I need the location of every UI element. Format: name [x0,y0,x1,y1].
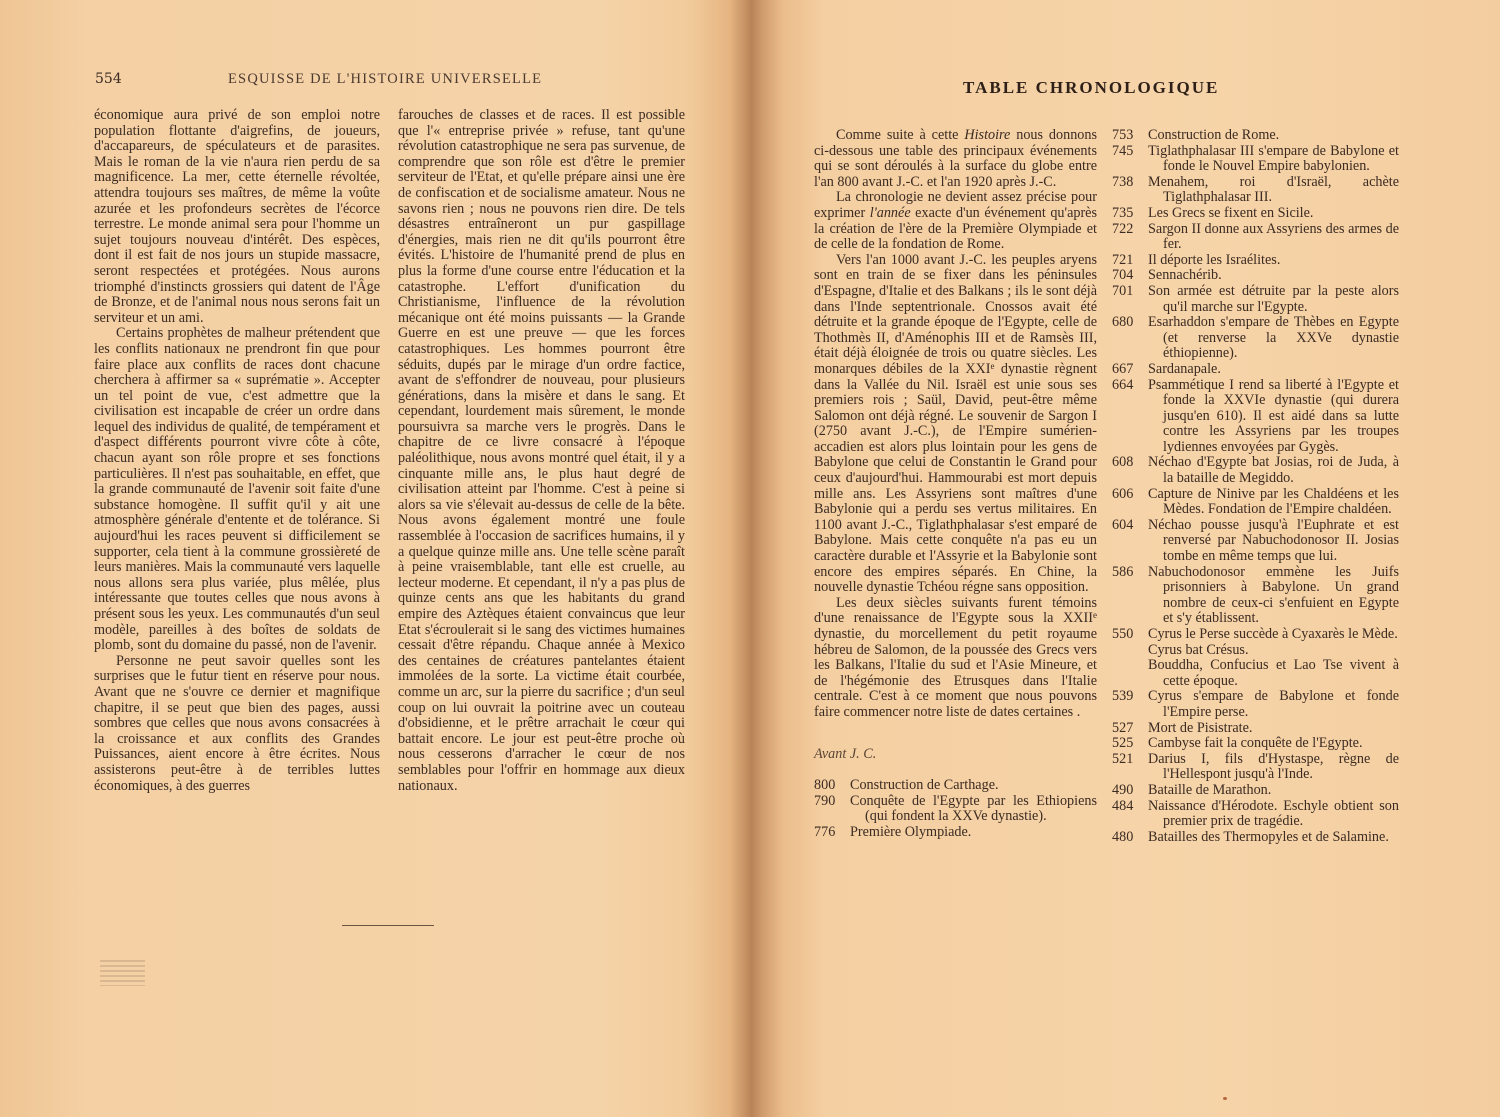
entry-event: Naissance d'Hérodote. Eschyle obtient so… [1148,799,1399,830]
running-head: ESQUISSE DE L'HISTOIRE UNIVERSELLE [228,71,542,88]
entry-year: 722 [1112,222,1148,253]
chronology-list: 800Construction de Carthage.790Conquête … [814,778,1097,840]
faint-stamp-mark [100,960,145,986]
chronology-entry: 480Batailles des Thermopyles et de Salam… [1112,830,1399,846]
text: Vers l'an 1000 avant J.-C. les peuples a… [814,252,1097,377]
entry-event: Batailles des Thermopyles et de Salamine… [1148,830,1399,846]
chronology-entry: 550Cyrus le Perse succède à Cyaxarès le … [1112,627,1399,643]
chronology-entry: 484Naissance d'Hérodote. Eschyle obtient… [1112,799,1399,830]
entry-year: 735 [1112,206,1148,222]
right-column-1: Comme suite à cette Histoire nous donnon… [814,128,1097,841]
chronology-entry: 525Cambyse fait la conquête de l'Egypte. [1112,736,1399,752]
entry-year: 525 [1112,736,1148,752]
chronology-entry: 722Sargon II donne aux Assyriens des arm… [1112,222,1399,253]
text: dynastie, du morcellement du petit royau… [814,626,1097,720]
chronology-entry: 753Construction de Rome. [1112,128,1399,144]
entry-event: Néchao d'Egypte bat Josias, roi de Juda,… [1148,455,1399,486]
intro-paragraph: Les deux siècles suivants furent témoins… [814,596,1097,721]
chronology-entry: 606Capture de Ninive par les Chaldéens e… [1112,487,1399,518]
entry-event: Mort de Pisistrate. [1148,721,1399,737]
chronology-entry: 735Les Grecs se fixent en Sicile. [1112,206,1399,222]
right-page: TABLE CHRONOLOGIQUE Comme suite à cette … [755,0,1500,1117]
entry-year: 721 [1112,253,1148,269]
entry-event: Les Grecs se fixent en Sicile. [1148,206,1399,222]
italic-word: l'année [870,205,911,221]
entry-year: 480 [1112,830,1148,846]
running-head: TABLE CHRONOLOGIQUE [963,78,1219,98]
chronology-entry: 701Son armée est détruite par la peste a… [1112,284,1399,315]
chronology-entry: Bouddha, Confucius et Lao Tse vivent à c… [1112,658,1399,689]
entry-event: Cyrus s'empare de Babylone et fonde l'Em… [1148,689,1399,720]
chronology-entry: 667Sardanapale. [1112,362,1399,378]
chronology-entry: 776Première Olympiade. [814,825,1097,841]
entry-event: Menahem, roi d'Israël, achète Tiglathpha… [1148,175,1399,206]
chronology-entry: 586Nabuchodonosor emmène les Juifs priso… [1112,565,1399,627]
chronology-entry: 521Darius I, fils d'Hystaspe, règne de l… [1112,752,1399,783]
right-column-2: 753Construction de Rome.745Tiglathphalas… [1112,128,1399,845]
section-label: Avant J. C. [814,747,1097,763]
left-column-2: farouches de classes et de races. Il est… [398,108,685,794]
entry-event: Darius I, fils d'Hystaspe, règne de l'He… [1148,752,1399,783]
chronology-entry: 738Menahem, roi d'Israël, achète Tiglath… [1112,175,1399,206]
paper-spot [1223,1097,1227,1100]
book-spread: 554 ESQUISSE DE L'HISTOIRE UNIVERSELLE é… [0,0,1500,1117]
entry-year: 490 [1112,783,1148,799]
entry-year: 800 [814,778,850,794]
chronology-entry: 490Bataille de Marathon. [1112,783,1399,799]
paragraph: Personne ne peut savoir quelles sont les… [94,654,380,794]
entry-event: Conquête de l'Egypte par les Ethiopiens … [850,794,1097,825]
entry-year: 704 [1112,268,1148,284]
intro-paragraph: Comme suite à cette Histoire nous donnon… [814,128,1097,190]
chronology-entry: 527Mort de Pisistrate. [1112,721,1399,737]
entry-year: 753 [1112,128,1148,144]
entry-event: Esarhaddon s'empare de Thèbes en Egypte … [1148,315,1399,362]
entry-year: 521 [1112,752,1148,783]
entry-year [1112,658,1148,689]
entry-year: 738 [1112,175,1148,206]
entry-year: 790 [814,794,850,825]
entry-event: Capture de Ninive par les Chaldéens et l… [1148,487,1399,518]
chronology-entry: 664Psammétique I rend sa liberté à l'Egy… [1112,378,1399,456]
entry-year: 606 [1112,487,1148,518]
entry-event: Première Olympiade. [850,825,1097,841]
text: Les deux siècles suivants furent témoins… [814,595,1097,627]
left-page: 554 ESQUISSE DE L'HISTOIRE UNIVERSELLE é… [0,0,750,1117]
left-column-1: économique aura privé de son emploi notr… [94,108,380,794]
paragraph: Certains prophètes de malheur prétendent… [94,326,380,653]
entry-year: 776 [814,825,850,841]
entry-year: 604 [1112,518,1148,565]
entry-year: 550 [1112,627,1148,643]
chronology-entry: 800Construction de Carthage. [814,778,1097,794]
chronology-entry: Cyrus bat Crésus. [1112,643,1399,659]
chronology-entry: 790Conquête de l'Egypte par les Ethiopie… [814,794,1097,825]
entry-event: Psammétique I rend sa liberté à l'Egypte… [1148,378,1399,456]
superscript: e [1093,610,1097,620]
chronology-list: 753Construction de Rome.745Tiglathphalas… [1112,128,1399,845]
page-number: 554 [95,71,122,87]
entry-event: Cambyse fait la conquête de l'Egypte. [1148,736,1399,752]
entry-year [1112,643,1148,659]
entry-event: Sargon II donne aux Assyriens des armes … [1148,222,1399,253]
entry-event: Sennachérib. [1148,268,1399,284]
entry-event: Bouddha, Confucius et Lao Tse vivent à c… [1148,658,1399,689]
entry-event: Nabuchodonosor emmène les Juifs prisonni… [1148,565,1399,627]
entry-event: Construction de Carthage. [850,778,1097,794]
paragraph: économique aura privé de son emploi notr… [94,108,380,326]
text: dynastie règnent dans la Vallée du Nil. … [814,361,1097,595]
intro-paragraph: Vers l'an 1000 avant J.-C. les peuples a… [814,253,1097,596]
entry-year: 539 [1112,689,1148,720]
entry-event: Bataille de Marathon. [1148,783,1399,799]
chronology-entry: 745Tiglathphalasar III s'empare de Babyl… [1112,144,1399,175]
entry-event: Il déporte les Israélites. [1148,253,1399,269]
chronology-entry: 608Néchao d'Egypte bat Josias, roi de Ju… [1112,455,1399,486]
entry-year: 608 [1112,455,1148,486]
entry-event: Sardanapale. [1148,362,1399,378]
text: Comme suite à cette [836,127,964,143]
end-rule [342,925,434,926]
entry-year: 527 [1112,721,1148,737]
chronology-entry: 539Cyrus s'empare de Babylone et fonde l… [1112,689,1399,720]
intro-paragraph: La chronologie ne devient assez précise … [814,190,1097,252]
entry-year: 586 [1112,565,1148,627]
entry-year: 680 [1112,315,1148,362]
entry-year: 701 [1112,284,1148,315]
entry-year: 745 [1112,144,1148,175]
italic-title: Histoire [964,127,1010,143]
chronology-entry: 704Sennachérib. [1112,268,1399,284]
entry-event: Construction de Rome. [1148,128,1399,144]
entry-event: Néchao pousse jusqu'à l'Euphrate et est … [1148,518,1399,565]
chronology-entry: 680Esarhaddon s'empare de Thèbes en Egyp… [1112,315,1399,362]
paragraph: farouches de classes et de races. Il est… [398,108,685,794]
chronology-entry: 721Il déporte les Israélites. [1112,253,1399,269]
chronology-entry: 604Néchao pousse jusqu'à l'Euphrate et e… [1112,518,1399,565]
entry-event: Son armée est détruite par la peste alor… [1148,284,1399,315]
entry-event: Tiglathphalasar III s'empare de Babylone… [1148,144,1399,175]
entry-event: Cyrus bat Crésus. [1148,643,1399,659]
entry-year: 664 [1112,378,1148,456]
entry-year: 484 [1112,799,1148,830]
entry-event: Cyrus le Perse succède à Cyaxarès le Mèd… [1148,627,1399,643]
entry-year: 667 [1112,362,1148,378]
